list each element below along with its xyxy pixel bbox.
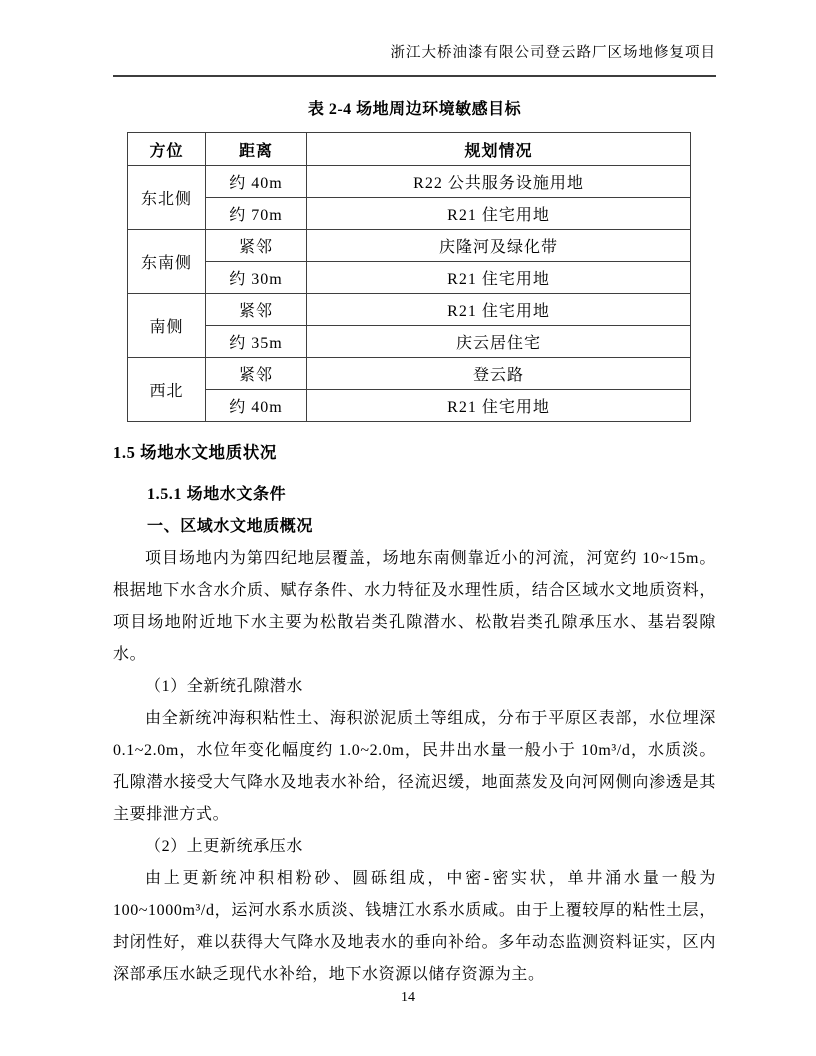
planning-cell: R22 公共服务设施用地 bbox=[307, 166, 691, 198]
sensitive-targets-table: 方位 距离 规划情况 东北侧 约 40m R22 公共服务设施用地 约 70m … bbox=[127, 132, 691, 422]
distance-cell: 约 35m bbox=[206, 326, 307, 358]
table-header-row: 方位 距离 规划情况 bbox=[128, 133, 691, 166]
section-heading-1-5: 1.5 场地水文地质状况 bbox=[113, 437, 716, 469]
table-row: 南侧 紧邻 R21 住宅用地 bbox=[128, 294, 691, 326]
paragraph-region-overview: 项目场地内为第四纪地层覆盖，场地东南侧靠近小的河流，河宽约 10~15m。根据地… bbox=[113, 543, 716, 671]
table-row: 东南侧 紧邻 庆隆河及绿化带 bbox=[128, 230, 691, 262]
table-row: 东北侧 约 40m R22 公共服务设施用地 bbox=[128, 166, 691, 198]
direction-cell: 西北 bbox=[128, 358, 206, 422]
planning-cell: R21 住宅用地 bbox=[307, 390, 691, 422]
section-heading-1-5-1: 1.5.1 场地水文条件 bbox=[147, 479, 716, 511]
paragraph-confined-water: 由上更新统冲积相粉砂、圆砾组成，中密-密实状，单井涌水量一般为 100~1000… bbox=[113, 863, 716, 991]
col-header-direction: 方位 bbox=[128, 133, 206, 166]
distance-cell: 约 70m bbox=[206, 198, 307, 230]
distance-cell: 约 30m bbox=[206, 262, 307, 294]
document-body: 1.5 场地水文地质状况 1.5.1 场地水文条件 一、区域水文地质概况 项目场… bbox=[113, 437, 716, 991]
planning-cell: 庆隆河及绿化带 bbox=[307, 230, 691, 262]
direction-cell: 南侧 bbox=[128, 294, 206, 358]
section-heading-region-overview: 一、区域水文地质概况 bbox=[147, 511, 716, 543]
sub-item-phreatic-water: （1）全新统孔隙潜水 bbox=[113, 671, 716, 703]
table-row: 约 30m R21 住宅用地 bbox=[128, 262, 691, 294]
col-header-distance: 距离 bbox=[206, 133, 307, 166]
page-header: 浙江大桥油漆有限公司登云路厂区场地修复项目 bbox=[113, 44, 716, 77]
direction-cell: 东南侧 bbox=[128, 230, 206, 294]
direction-cell: 东北侧 bbox=[128, 166, 206, 230]
page-number: 14 bbox=[0, 990, 816, 1006]
planning-cell: R21 住宅用地 bbox=[307, 198, 691, 230]
planning-cell: R21 住宅用地 bbox=[307, 294, 691, 326]
table-row: 约 70m R21 住宅用地 bbox=[128, 198, 691, 230]
distance-cell: 紧邻 bbox=[206, 230, 307, 262]
planning-cell: R21 住宅用地 bbox=[307, 262, 691, 294]
distance-cell: 约 40m bbox=[206, 390, 307, 422]
distance-cell: 紧邻 bbox=[206, 358, 307, 390]
header-title: 浙江大桥油漆有限公司登云路厂区场地修复项目 bbox=[391, 45, 717, 61]
table-row: 约 40m R21 住宅用地 bbox=[128, 390, 691, 422]
document-page: 浙江大桥油漆有限公司登云路厂区场地修复项目 表 2-4 场地周边环境敏感目标 方… bbox=[0, 0, 816, 1056]
sub-item-confined-water: （2）上更新统承压水 bbox=[113, 831, 716, 863]
distance-cell: 约 40m bbox=[206, 166, 307, 198]
planning-cell: 登云路 bbox=[307, 358, 691, 390]
col-header-planning: 规划情况 bbox=[307, 133, 691, 166]
table-caption: 表 2-4 场地周边环境敏感目标 bbox=[113, 96, 716, 119]
distance-cell: 紧邻 bbox=[206, 294, 307, 326]
planning-cell: 庆云居住宅 bbox=[307, 326, 691, 358]
table-row: 西北 紧邻 登云路 bbox=[128, 358, 691, 390]
paragraph-phreatic-water: 由全新统冲海积粘性土、海积淤泥质土等组成，分布于平原区表部，水位埋深 0.1~2… bbox=[113, 703, 716, 831]
table-row: 约 35m 庆云居住宅 bbox=[128, 326, 691, 358]
